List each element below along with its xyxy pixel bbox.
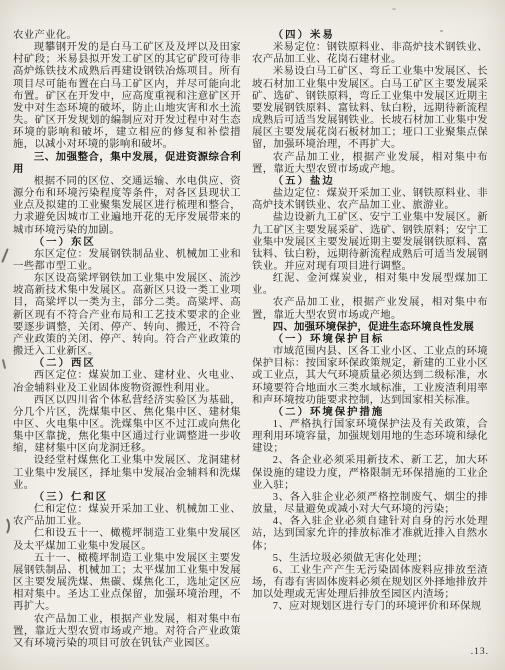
paragraph: 东区定位：发展钢铁制品业、机械加工业和一些都市型工业。 [13, 249, 241, 273]
paragraph: 盐边设新九工矿区、安宁工业集中发展区。新九工矿区主要发展采矿、选矿、钢铁原料；安… [252, 212, 488, 273]
page-number: .13. [471, 647, 489, 657]
scanned-document-page: 农业产业化。现攀钢开发的是白马工矿区及及坪以及田家村矿段；米易县拟开发工矿区的其… [0, 0, 505, 670]
paragraph: 西区以四川省个体私营经济实验区为基础，分几个片区，洗煤集中区、焦化集中区、建材集… [13, 395, 241, 456]
paragraph: 市域范围内县、区各工业小区、工业点的环境保护目标：按国家环保政策规定，新建的工业… [252, 346, 488, 407]
handwritten-pen-mark [0, 516, 10, 536]
paragraph: 仁和定位：煤炭开采加工业、机械加工业、农产品加工业。 [13, 504, 241, 528]
paragraph: 6、工业生产产生无污染固体废料应排放至渣场，有毒有害固体废料必须在规划区外择地排… [252, 565, 488, 601]
paragraph: 1、严格执行国家环境保护法及有关政策，合理利用环境容量，加强规划用地的生态环境和… [252, 419, 488, 455]
sub-section-heading: （一）环境保护目标 [252, 334, 488, 346]
scan-speck [440, 30, 443, 32]
paragraph: 3、各入驻企业必须严格控制废气、烟尘的排放量，尽量避免或减小对大气环境的污染； [252, 492, 488, 516]
paragraph: 根据不同的区位、交通运输、水电供应、资源分布和环境污染程度等条件，对各区县现状工… [13, 176, 241, 237]
paragraph: 仁和设五十一、橄榄坪制造工业集中发展区及太平煤加工业集中发展区。 [13, 528, 241, 552]
paragraph: 五十一、橄榄坪制造工业集中发展区主要发展钢铁制品、机械加工；太平煤加工业集中发展… [13, 553, 241, 614]
paragraph: 东区设高粱坪钢铁加工业集中发展区、流沙坡高新技术集中发展区。高新区只设一类工业项… [13, 273, 241, 358]
paragraph: 2、各企业必须采用新技术、新工艺，加大环保设施的建设力度，严格限制无环保措施的工… [252, 455, 488, 491]
paragraph: 现攀钢开发的是白马工矿区及及坪以及田家村矿段；米易县拟开发工矿区的其它矿段可待非… [13, 42, 241, 151]
paragraph: 5、生活垃圾必须做无害化处理； [252, 553, 488, 565]
sub-section-heading: （五）盐边 [252, 176, 488, 188]
paragraph: 米易设白马工矿区、弯丘工业集中发展区、长坡石材加工业集中发展区。白马工矿区主要发… [252, 66, 488, 151]
paragraph: 7、应对规划区进行专门的环境评价和环保规 [252, 601, 488, 613]
paragraph: 盐边定位：煤炭开采加工业、钢铁原料业、非高炉技术钢铁业、农产品加工业、旅游业。 [252, 188, 488, 212]
handwritten-pen-mark [2, 359, 6, 369]
sub-section-heading: （四）米易 [252, 30, 488, 42]
section-heading: 四、加强环境保护，促进生态环境良性发展 [252, 322, 488, 334]
right-text-column: （四）米易米易定位：钢铁原料业、非高炉技术钢铁业、农产品加工业、花岗石建材业。米… [252, 30, 488, 614]
paragraph: 设经堂村煤焦化工业集中发展区、龙洞建材工业集中发展区，择址集中发展冶金辅料和洗煤… [13, 455, 241, 491]
left-text-column: 农业产业化。现攀钢开发的是白马工矿区及及坪以及田家村矿段；米易县拟开发工矿区的其… [13, 30, 241, 650]
sub-section-heading: （一）东区 [13, 237, 241, 249]
sub-section-heading: （二）环境保护措施 [252, 407, 488, 419]
scan-speck [392, 8, 396, 10]
sub-section-heading: （三）仁和区 [13, 492, 241, 504]
paragraph: 农产品加工业，根据产业发展，相对集中布置，靠近大型农贸市场或产地。 [252, 152, 488, 176]
paragraph: 米易定位：钢铁原料业、非高炉技术钢铁业、农产品加工业、花岗石建材业。 [252, 42, 488, 66]
paragraph: 农业产业化。 [13, 30, 241, 42]
paragraph: 农产品加工业，根据产业发展，相对集中布置，靠近大型农贸市场或产地。 [252, 297, 488, 321]
paragraph: 农产品加工业，根据产业发展，相对集中布置，靠近大型农贸市场或产地。对符合产业政策… [13, 614, 241, 650]
paragraph: 4、各入驻企业必须自建针对自身的污水处理站，达到国家允许的排放标准才准就近排入自… [252, 516, 488, 552]
section-heading: 三、加强整合，集中发展，促进资源综合利用 [13, 152, 241, 176]
paragraph: 红泥、金河煤炭业，相对集中发展型煤加工业。 [252, 273, 488, 297]
paragraph: 西区定位：煤炭加工业、建材业、火电业、冶金辅料业及工业固体废物资源性利用业。 [13, 370, 241, 394]
sub-section-heading: （二）西区 [13, 358, 241, 370]
handwritten-pen-mark [1, 248, 8, 263]
